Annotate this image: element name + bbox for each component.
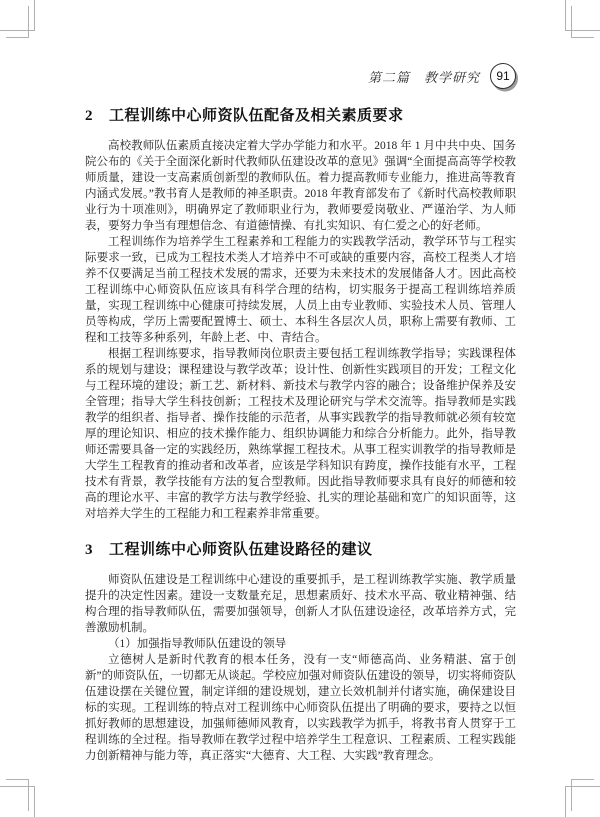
crop-mark-bottom-right-inner xyxy=(571,779,594,811)
section-2-number: 2 xyxy=(85,108,93,125)
section-3-heading: 3 工程训练中心师资队伍建设路径的建议 xyxy=(85,538,516,559)
paragraph: 根据工程训练要求，指导教师岗位职责主要包括工程训练教学指导；实践课程体系的规划与… xyxy=(85,346,516,522)
crop-mark-top-right-inner xyxy=(571,6,594,38)
paragraph: （1）加强指导教师队伍建设的领导 xyxy=(85,636,516,652)
paragraph: 师资队伍建设是工程训练中心建设的重要抓手，是工程训练教学实施、教学质量提升的决定… xyxy=(85,572,516,636)
section-3-number: 3 xyxy=(85,542,93,559)
crop-mark-top-left-inner xyxy=(6,6,29,38)
paragraph: 高校教师队伍素质直接决定着大学办学能力和水平。2018 年 1 月中共中央、国务… xyxy=(85,138,516,234)
section-2-body: 高校教师队伍素质直接决定着大学办学能力和水平。2018 年 1 月中共中央、国务… xyxy=(85,138,516,522)
page-content: 第二篇 教学研究 91 2 工程训练中心师资队伍配备及相关素质要求 高校教师队伍… xyxy=(85,0,516,764)
paragraph: 工程训练作为培养学生工程素养和工程能力的实践教学活动，教学环节与工程实际要求一致… xyxy=(85,234,516,346)
document-page: 第二篇 教学研究 91 2 工程训练中心师资队伍配备及相关素质要求 高校教师队伍… xyxy=(0,0,600,817)
section-3-body: 师资队伍建设是工程训练中心建设的重要抓手，是工程训练教学实施、教学质量提升的决定… xyxy=(85,572,516,764)
section-3-title: 工程训练中心师资队伍建设路径的建议 xyxy=(109,538,373,559)
page-header: 第二篇 教学研究 91 xyxy=(85,63,516,89)
crop-mark-bottom-left-inner xyxy=(6,779,29,811)
page-number: 91 xyxy=(496,69,509,83)
page-number-badge: 91 xyxy=(490,63,516,89)
running-title: 第二篇 教学研究 xyxy=(368,67,480,86)
section-2-heading: 2 工程训练中心师资队伍配备及相关素质要求 xyxy=(85,104,516,125)
section-2-title: 工程训练中心师资队伍配备及相关素质要求 xyxy=(109,104,404,125)
paragraph: 立德树人是新时代教育的根本任务，没有一支“师德高尚、业务精湛、富于创新”的师资队… xyxy=(85,652,516,764)
